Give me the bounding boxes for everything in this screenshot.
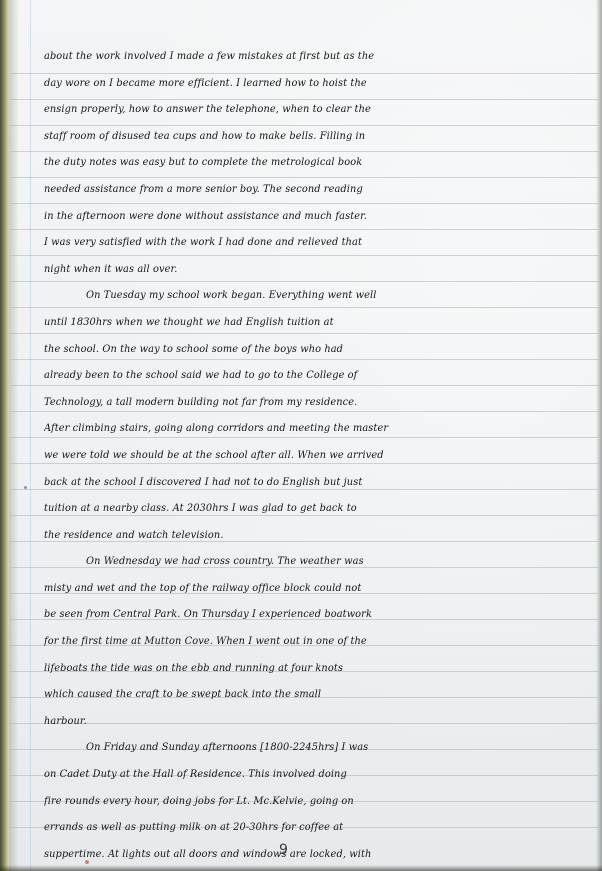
red-stain-mark xyxy=(85,860,89,864)
text-line: On Wednesday we had cross country. The w… xyxy=(44,549,600,576)
text-line: be seen from Central Park. On Thursday I… xyxy=(44,602,600,629)
text-line: After climbing stairs, going along corri… xyxy=(44,416,600,443)
text-line: I was very satisfied with the work I had… xyxy=(44,230,600,257)
text-line: needed assistance from a more senior boy… xyxy=(44,177,600,204)
text-line: the residence and watch television. xyxy=(44,523,600,550)
text-line: lifeboats the tide was on the ebb and ru… xyxy=(44,656,600,683)
ink-speck xyxy=(24,486,27,489)
text-line: the duty notes was easy but to complete … xyxy=(44,150,600,177)
text-line: errands as well as putting milk on at 20… xyxy=(44,815,600,842)
text-line: for the first time at Mutton Cove. When … xyxy=(44,629,600,656)
text-line: On Friday and Sunday afternoons [1800-22… xyxy=(44,735,600,762)
text-line: fire rounds every hour, doing jobs for L… xyxy=(44,789,600,816)
text-line: tuition at a nearby class. At 2030hrs I … xyxy=(44,496,600,523)
text-line: night when it was all over. xyxy=(44,257,600,284)
text-line: ensign properly, how to answer the telep… xyxy=(44,97,600,124)
text-line: Technology, a tall modern building not f… xyxy=(44,390,600,417)
page-number: 9 xyxy=(279,842,288,858)
text-line: day wore on I became more efficient. I l… xyxy=(44,71,600,98)
text-line: we were told we should be at the school … xyxy=(44,443,600,470)
handwritten-text: about the work involved I made a few mis… xyxy=(44,44,600,868)
text-line: back at the school I discovered I had no… xyxy=(44,470,600,497)
text-line: until 1830hrs when we thought we had Eng… xyxy=(44,310,600,337)
notebook-binding xyxy=(0,0,9,871)
page-bottom-edge xyxy=(0,865,602,871)
text-line: misty and wet and the top of the railway… xyxy=(44,576,600,603)
text-line: already been to the school said we had t… xyxy=(44,363,600,390)
text-line: in the afternoon were done without assis… xyxy=(44,204,600,231)
text-line: the school. On the way to school some of… xyxy=(44,337,600,364)
text-line: staff room of disused tea cups and how t… xyxy=(44,124,600,151)
text-line: which caused the craft to be swept back … xyxy=(44,682,600,709)
text-line: On Tuesday my school work began. Everyth… xyxy=(44,283,600,310)
page-right-edge xyxy=(596,0,602,871)
text-line: on Cadet Duty at the Hall of Residence. … xyxy=(44,762,600,789)
text-line: about the work involved I made a few mis… xyxy=(44,44,600,71)
notebook-page: about the work involved I made a few mis… xyxy=(0,0,602,871)
text-line: harbour. xyxy=(44,709,600,736)
